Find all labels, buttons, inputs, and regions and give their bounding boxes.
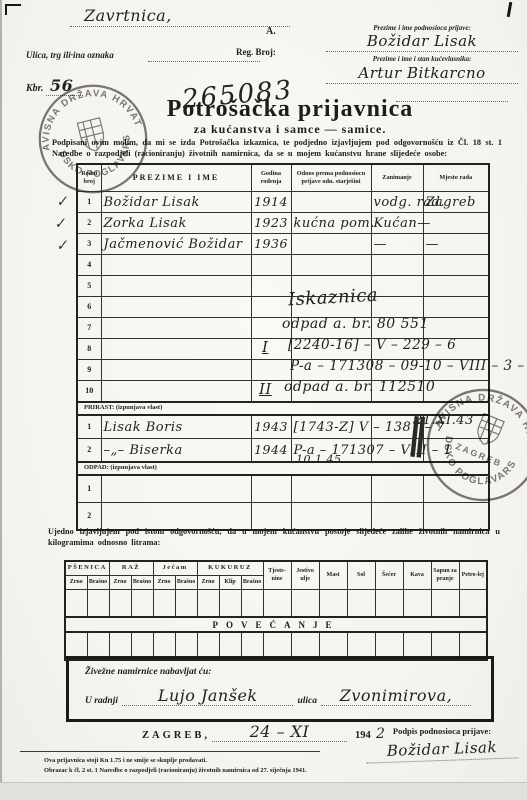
coat-of-arms-emblem: [77, 118, 107, 154]
supply-cell: [87, 590, 109, 618]
cell-name: [101, 339, 251, 360]
supplies-group-header-row: PŠENICA RAŽ Ječam KUKURUZ Tjeste-nine Je…: [65, 561, 487, 576]
cell-year: 1944: [251, 439, 291, 463]
street-name-handwritten: Zavrtnica,: [70, 6, 290, 27]
cell-year: [251, 255, 291, 276]
povecanje-band: POVEĆANJE: [65, 617, 487, 632]
cell-relation: [291, 234, 371, 255]
cell-name: [101, 255, 251, 276]
col-jecam: Ječam: [153, 561, 197, 576]
col-brasno: Brašno: [175, 576, 197, 590]
col-redni-broj: Redni broj: [77, 164, 101, 192]
supply-cell: [459, 590, 487, 618]
cell-no: 2: [77, 213, 101, 234]
checkmark-icon: ✓: [55, 237, 69, 255]
annotation-code-2: P-a – 171308 – 09-10 – VIII – 3 – 7: [290, 358, 527, 374]
landlord-name-handwritten: Artur Bitkarcno: [326, 64, 518, 84]
supplies-table-wrap: PŠENICA RAŽ Ječam KUKURUZ Tjeste-nine Je…: [64, 560, 488, 661]
cell-no: 5: [77, 276, 101, 297]
supply-cell: [175, 590, 197, 618]
col-zrno: Zrno: [153, 576, 175, 590]
supply-cell: [131, 590, 153, 618]
coat-of-arms-emblem: [473, 414, 504, 449]
date-handwritten: 24 – XI: [212, 722, 347, 742]
cell-year: 1943: [251, 415, 291, 439]
scan-corner-mark: [507, 2, 513, 17]
col-psenica: PŠENICA: [65, 561, 109, 576]
col-sapun: Sapun za pranje: [431, 561, 459, 590]
col-godina: Godina rođenja: [251, 164, 291, 192]
cell-workplace: [423, 276, 489, 297]
cell-occupation: —: [371, 234, 423, 255]
shop-box: Živežne namirnice nabavljat ću: U radnji…: [66, 656, 494, 722]
shop-name-handwritten: Lujo Janšek: [122, 686, 293, 706]
section-letter: A.: [266, 26, 276, 37]
table-row: 4: [77, 255, 489, 276]
cell-year: [251, 475, 291, 503]
scanned-form-page: Zavrtnica, Ulica, trg ili·ina oznaka Kbr…: [0, 0, 527, 800]
col-mast: Mast: [319, 561, 347, 590]
annotation-odpad-number: odpad a. br. 112510: [284, 379, 435, 395]
col-prezime-ime: PREZIME I IME: [101, 164, 251, 192]
supply-cell: [109, 590, 131, 618]
form-reference-note: Obrazac k čl. 2 st. 1 Naredbe o razpodje…: [44, 766, 384, 776]
cell-no: 8: [77, 339, 101, 360]
col-zrno: Zrno: [65, 576, 87, 590]
cell-no: 6: [77, 297, 101, 318]
annotation-roman-I: I: [262, 338, 268, 356]
cell-no: 9: [77, 360, 101, 381]
col-zrno: Zrno: [109, 576, 131, 590]
cell-year: [251, 297, 291, 318]
cell-name: Zorka Lisak: [101, 213, 251, 234]
supply-cell: [219, 590, 241, 618]
col-kava: Kava: [403, 561, 431, 590]
cell-no: 1: [77, 192, 101, 213]
col-brasno: Brašno: [131, 576, 153, 590]
cell-note: [1743-Z] V – 1387 – 7: [291, 415, 371, 439]
cell-year: 1936: [251, 234, 291, 255]
shop-street-label: ulica: [297, 696, 317, 706]
annotation-code-1: [2240-16] – V – 229 – 6: [288, 337, 456, 353]
supply-cell: [431, 590, 459, 618]
cell-workplace: [423, 213, 489, 234]
cell-workplace: —: [423, 234, 489, 255]
city-label: ZAGREB,: [142, 730, 210, 741]
col-odnos: Odnos prema podnosiocu prijave odn. star…: [291, 164, 371, 192]
supply-cell: [319, 590, 347, 618]
col-brasno: Brašno: [241, 576, 263, 590]
table-row: 5: [77, 276, 489, 297]
cell-year: 1914: [251, 192, 291, 213]
cell-name: [101, 360, 251, 381]
cell-no: 1: [77, 475, 101, 503]
col-petrolej: Petro-lej: [459, 561, 487, 590]
fine-print: Ova prijavnica stoji Kn 1.75 i ne smije …: [44, 756, 384, 775]
cell-name: [101, 276, 251, 297]
cell-name: Božidar Lisak: [101, 192, 251, 213]
cell-name: [101, 318, 251, 339]
cell-year: [251, 276, 291, 297]
supply-cell: [153, 590, 175, 618]
cell-occupation: [371, 276, 423, 297]
cell-occupation: Kućan—: [371, 213, 423, 234]
cell-no: 1: [77, 415, 101, 439]
street-field-label: Ulica, trg ili·ina oznaka: [26, 50, 114, 60]
table-row: 6: [77, 297, 489, 318]
scan-edge-artifact: [0, 0, 2, 800]
cell-occupation: [371, 297, 423, 318]
checkmark-icon: ✓: [55, 193, 69, 211]
cell-no: 2: [77, 439, 101, 463]
footer-rule: [20, 751, 320, 752]
street-field-line: [148, 60, 260, 62]
annotation-odpad-number: odpad a. br. 80 551: [282, 316, 429, 332]
signature-label: Podpis podnosioca prijave:: [366, 726, 518, 736]
cell-name: –„– Biserka: [101, 439, 251, 463]
cell-no: 7: [77, 318, 101, 339]
supply-cell: [291, 590, 319, 618]
cell-no: 3: [77, 234, 101, 255]
stamp-center-text: ZAGREB: [454, 441, 503, 469]
col-mjesto-rada: Mjesto rada: [423, 164, 489, 192]
cell-name: Lisak Boris: [101, 415, 251, 439]
cell-occupation: vodg. rad.: [371, 192, 423, 213]
supply-cell: [241, 590, 263, 618]
supply-cell: [263, 590, 291, 618]
supplies-empty-row: [65, 590, 487, 618]
supply-cell: [197, 590, 219, 618]
supply-cell: [403, 590, 431, 618]
cell-relation: kućna pom.: [291, 213, 371, 234]
signature-block: Podpis podnosioca prijave: Božidar Lisak: [366, 726, 518, 761]
supply-cell: [65, 590, 87, 618]
povecanje-label: POVEĆANJE: [65, 617, 487, 632]
col-tjestenine: Tjeste-nine: [263, 561, 291, 590]
supply-cell: [347, 590, 375, 618]
header-row: Redni broj PREZIME I IME Godina rođenja …: [77, 164, 489, 192]
cell-year: 1923: [251, 213, 291, 234]
table-row: 2 Zorka Lisak 1923 kućna pom. Kućan—: [77, 213, 489, 234]
annotation-date: 10.1.45: [296, 453, 342, 466]
supplies-table: PŠENICA RAŽ Ječam KUKURUZ Tjeste-nine Je…: [64, 560, 488, 661]
cell-name: [101, 475, 251, 503]
cell-workplace: [423, 297, 489, 318]
cell-workplace: Zagreb: [423, 192, 489, 213]
col-sol: Sol: [347, 561, 375, 590]
col-kukuruz: KUKURUZ: [197, 561, 263, 576]
table-row: 1 Božidar Lisak 1914 vodg. rad. Zagreb: [77, 192, 489, 213]
col-klip: Klip: [219, 576, 241, 590]
applicant-block: Prezime i ime podnosioca prijave: Božida…: [326, 24, 518, 87]
col-brasno: Brašno: [87, 576, 109, 590]
applicant-label: Prezime i ime podnosioca prijave:: [326, 24, 518, 32]
signature-handwritten: Božidar Lisak: [366, 737, 519, 763]
scanner-background: [0, 782, 527, 800]
col-zanimanje: Zanimanje: [371, 164, 423, 192]
scan-corner-mark: [5, 4, 21, 15]
col-secer: Šećer: [375, 561, 403, 590]
cell-workplace: [423, 255, 489, 276]
col-zrno: Zrno: [197, 576, 219, 590]
cell-relation: [291, 192, 371, 213]
cell-year: [251, 360, 291, 381]
cell-no: 10: [77, 381, 101, 403]
table-row: 3 Jačmenović Božidar 1936 — —: [77, 234, 489, 255]
annotation-roman-II: II: [259, 380, 272, 398]
cell-name: Jačmenović Božidar: [101, 234, 251, 255]
cell-workplace: [423, 318, 489, 339]
reg-number-label: Reg. Broj:: [236, 47, 276, 57]
shop-street-handwritten: Zvonimirova,: [321, 686, 471, 706]
applicant-name-handwritten: Božidar Lisak: [326, 32, 518, 52]
landlord-label: Prezime i ime i stan kućevlasnika:: [326, 55, 518, 63]
col-raz: RAŽ: [109, 561, 153, 576]
shop-field-label: U radnji: [85, 696, 118, 706]
supplies-declaration-text: Ujedno izjavljujem pod istom odgovornošć…: [48, 526, 500, 548]
supply-cell: [375, 590, 403, 618]
col-jestivo-ulje: Jestivo ulje: [291, 561, 319, 590]
cell-year: [251, 339, 291, 360]
cell-occupation: [371, 255, 423, 276]
cell-relation: [291, 255, 371, 276]
cell-name: [101, 297, 251, 318]
cell-relation: [291, 475, 371, 503]
checkmark-icon: ✓: [53, 215, 67, 233]
price-note: Ova prijavnica stoji Kn 1.75 i ne smije …: [44, 756, 384, 766]
cell-no: 4: [77, 255, 101, 276]
shop-box-intro: Živežne namirnice nabavljat ću:: [85, 667, 475, 677]
cell-name: [101, 381, 251, 403]
